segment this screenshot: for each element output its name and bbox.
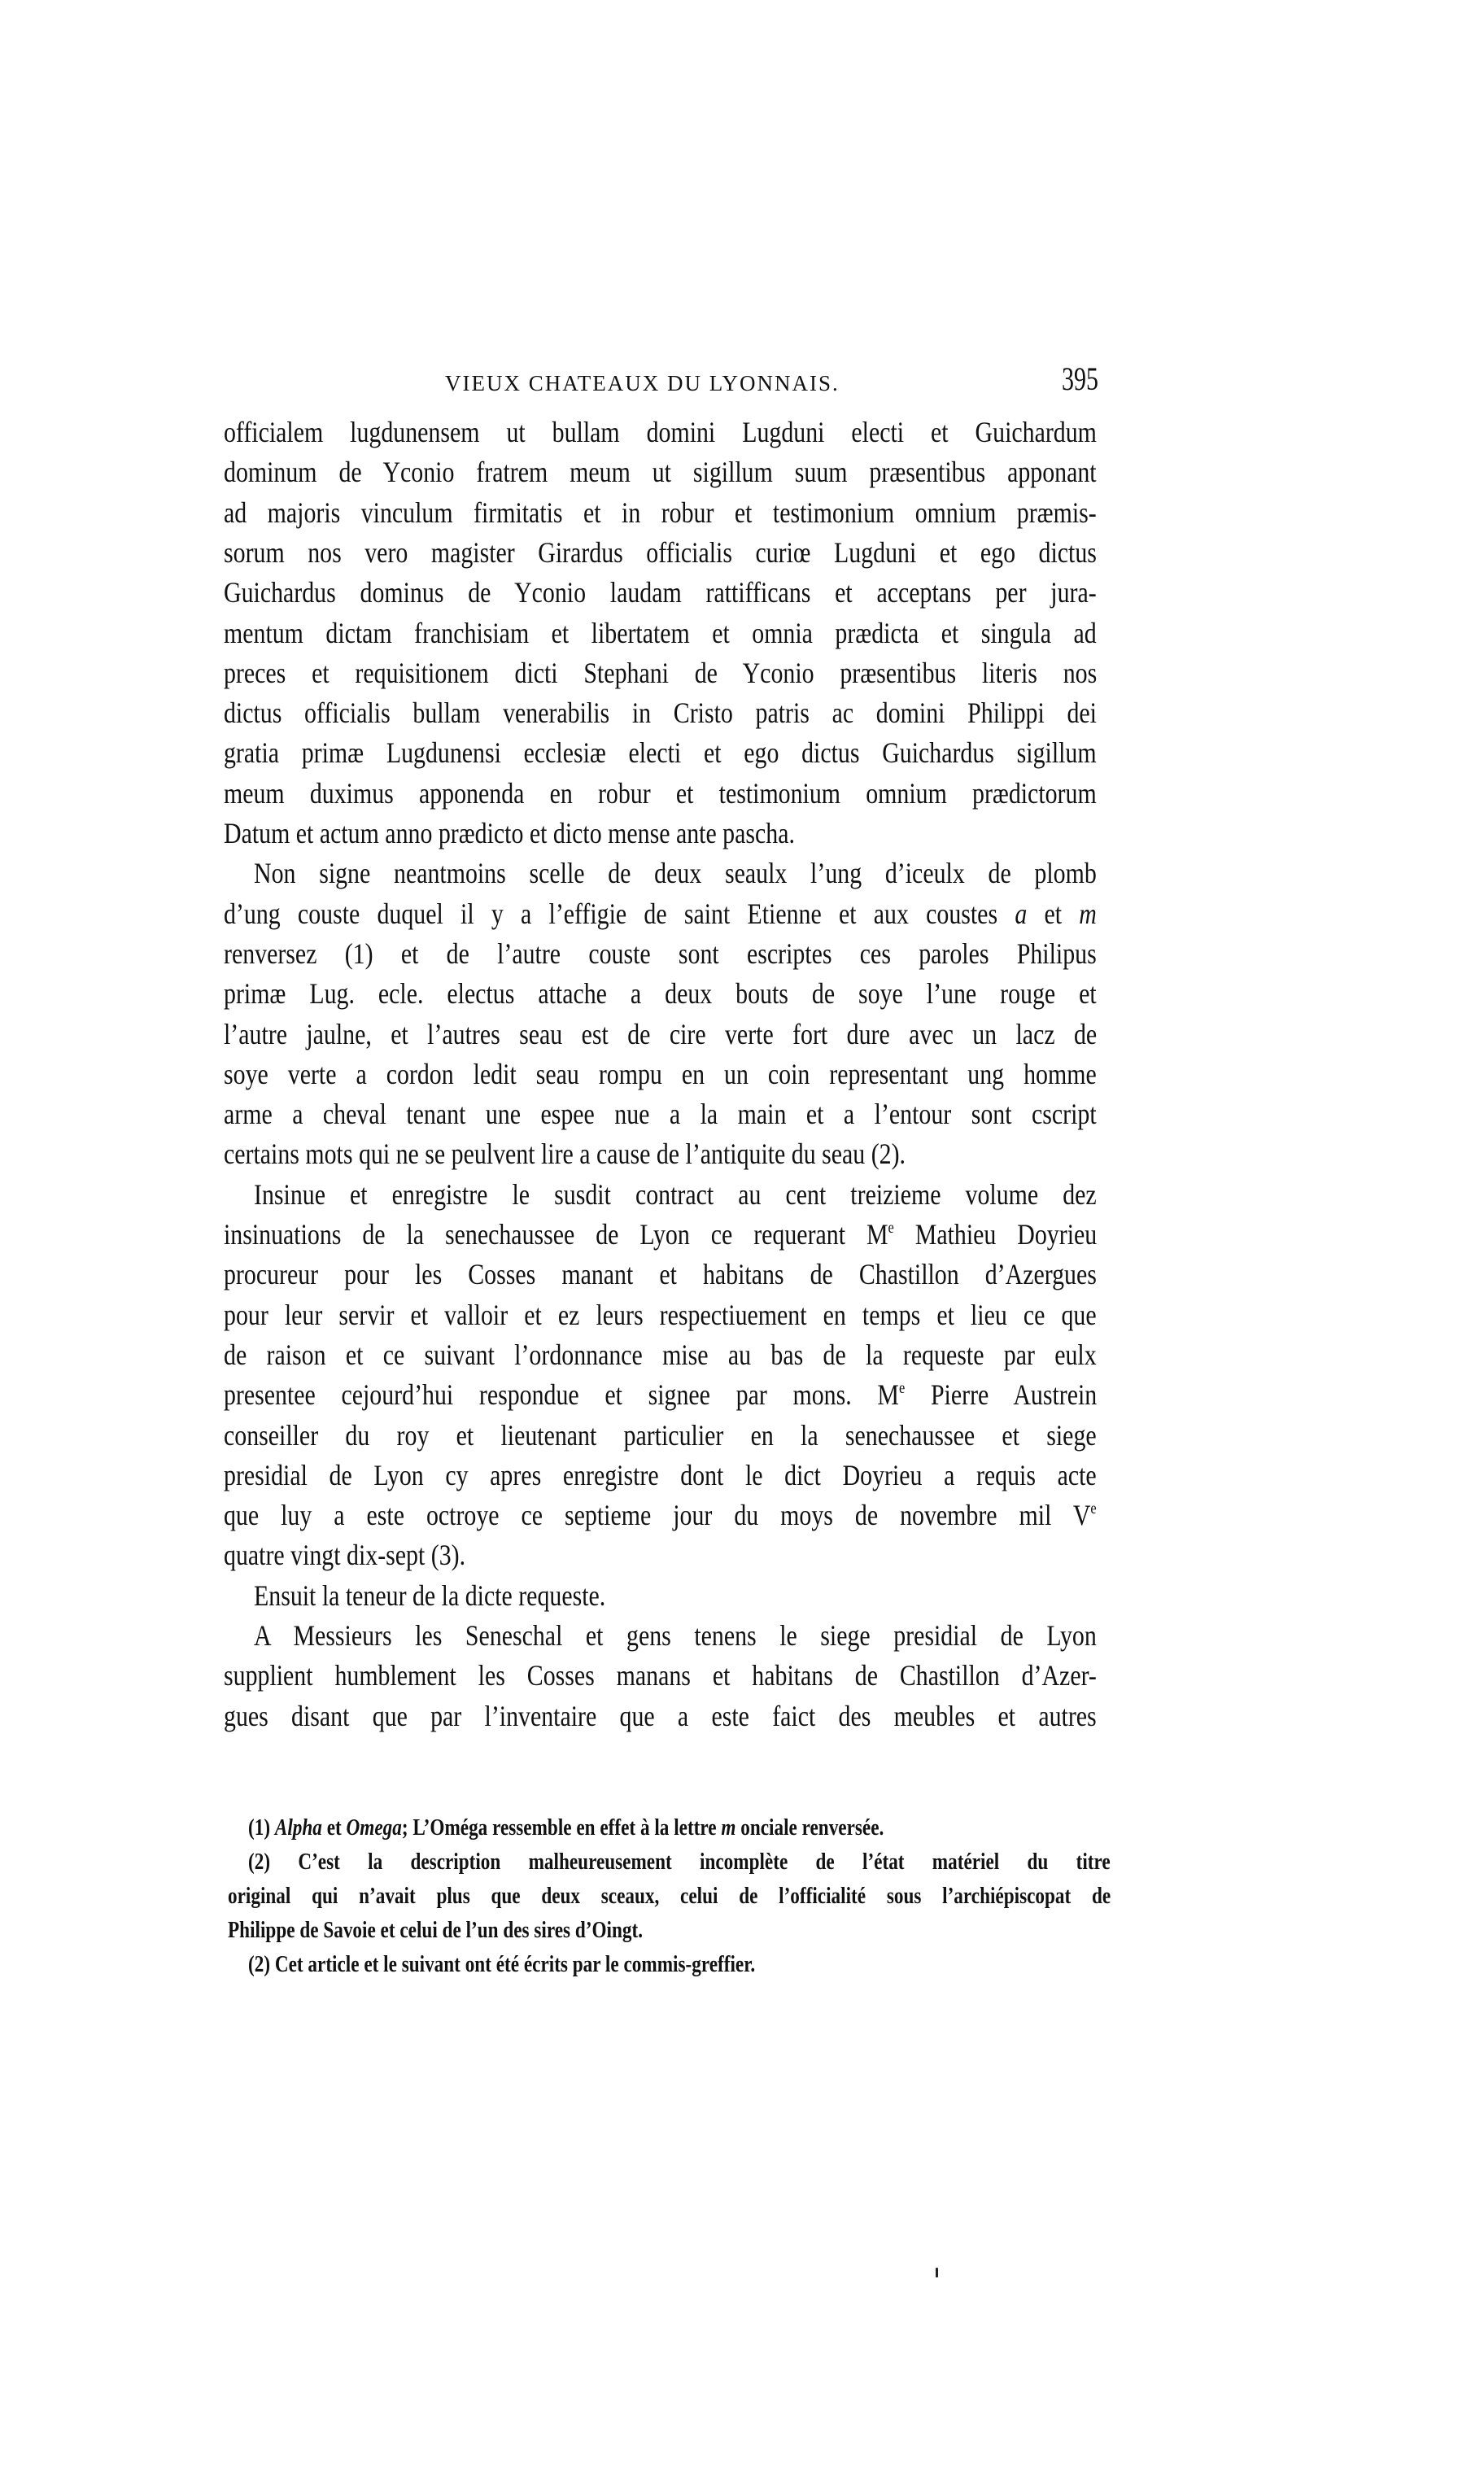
superscript: e <box>899 1379 905 1397</box>
text-line: preces et requisitionem dicti Stephani d… <box>224 653 1097 693</box>
footnote-line: Philippe de Savoie et celui de l’un des … <box>228 1913 643 1947</box>
footnote-line: original qui n’avait plus que deux sceau… <box>228 1879 1111 1913</box>
text-line: l’autre jaulne, et l’autres seau est de … <box>224 1015 1097 1055</box>
text-line: d’ung couste duquel il y a l’effigie de … <box>224 894 1097 934</box>
text-line: primæ Lug. ecle. electus attache a deux … <box>224 974 1097 1014</box>
text-line: pour leur servir et valloir et ez leurs … <box>224 1295 1097 1335</box>
italic-text: m <box>1079 897 1097 930</box>
text-line: soye verte a cordon ledit seau rompu en … <box>224 1055 1097 1094</box>
text-line: insinuations de la senechaussee de Lyon … <box>224 1215 1097 1255</box>
text-line: certains mots qui ne se peulvent lire a … <box>224 1134 906 1174</box>
text-line: supplient humblement les Cosses manans e… <box>224 1656 1097 1696</box>
text-line: presidial de Lyon cy apres enregistre do… <box>224 1456 1097 1496</box>
footnote-line: (1) Alpha et Omega; L’Oméga ressemble en… <box>248 1810 884 1845</box>
italic-text: a <box>1015 897 1027 930</box>
superscript: e <box>1090 1500 1096 1517</box>
superscript: e <box>888 1219 894 1237</box>
running-title: VIEUX CHATEAUX DU LYONNAIS. <box>445 369 863 397</box>
footnote-line: (2) Cet article et le suivant ont été éc… <box>248 1947 755 1981</box>
text-line: renversez (1) et de l’autre couste sont … <box>224 934 1097 974</box>
footnote-line: (2) C’est la description malheureusement… <box>248 1845 1111 1879</box>
text-line: A Messieurs les Seneschal et gens tenens… <box>254 1616 1097 1656</box>
text-line: Insinue et enregistre le susdit contract… <box>254 1175 1097 1215</box>
text-line: meum duximus apponenda en robur et testi… <box>224 774 1097 814</box>
text-line: procureur pour les Cosses manant et habi… <box>224 1255 1097 1295</box>
text-line: ad majoris vinculum firmitatis et in rob… <box>224 493 1097 533</box>
text-line: Non signe neantmoins scelle de deux seau… <box>254 854 1097 893</box>
text-line: officialem lugdunensem ut bullam domini … <box>224 413 1097 452</box>
text-line: presentee cejourd’hui respondue et signe… <box>224 1375 1097 1415</box>
text-line: Datum et actum anno prædicto et dicto me… <box>224 814 795 854</box>
text-line: dominum de Yconio fratrem meum ut sigill… <box>224 452 1097 492</box>
text-line: quatre vingt dix-sept (3). <box>224 1535 465 1575</box>
text-line: sorum nos vero magister Girardus officia… <box>224 533 1097 573</box>
text-line: arme a cheval tenant une espee nue a la … <box>224 1094 1097 1134</box>
text-line: dictus officialis bullam venerabilis in … <box>224 693 1097 733</box>
text-line: de raison et ce suivant l’ordonnance mis… <box>224 1335 1097 1375</box>
text-line: gratia primæ Lugdunensi ecclesiæ electi … <box>224 733 1097 773</box>
italic-text: m <box>721 1814 735 1841</box>
text-line: mentum dictam franchisiam et libertatem … <box>224 614 1097 653</box>
italic-text: Omega <box>347 1814 402 1841</box>
text-line: gues disant que par l’inventaire que a e… <box>224 1696 1097 1736</box>
scan-speck <box>936 2268 938 2277</box>
text-line: conseiller du roy et lieutenant particul… <box>224 1416 1097 1456</box>
page-number: 395 <box>1061 363 1099 395</box>
text-line: Guichardus dominus de Yconio laudam ratt… <box>224 573 1097 613</box>
italic-text: Alpha <box>275 1814 322 1841</box>
text-line: que luy a este octroye ce septieme jour … <box>224 1496 1097 1535</box>
document-page: VIEUX CHATEAUX DU LYONNAIS. 395 official… <box>0 0 1484 2489</box>
text-line: Ensuit la teneur de la dicte requeste. <box>254 1576 605 1616</box>
